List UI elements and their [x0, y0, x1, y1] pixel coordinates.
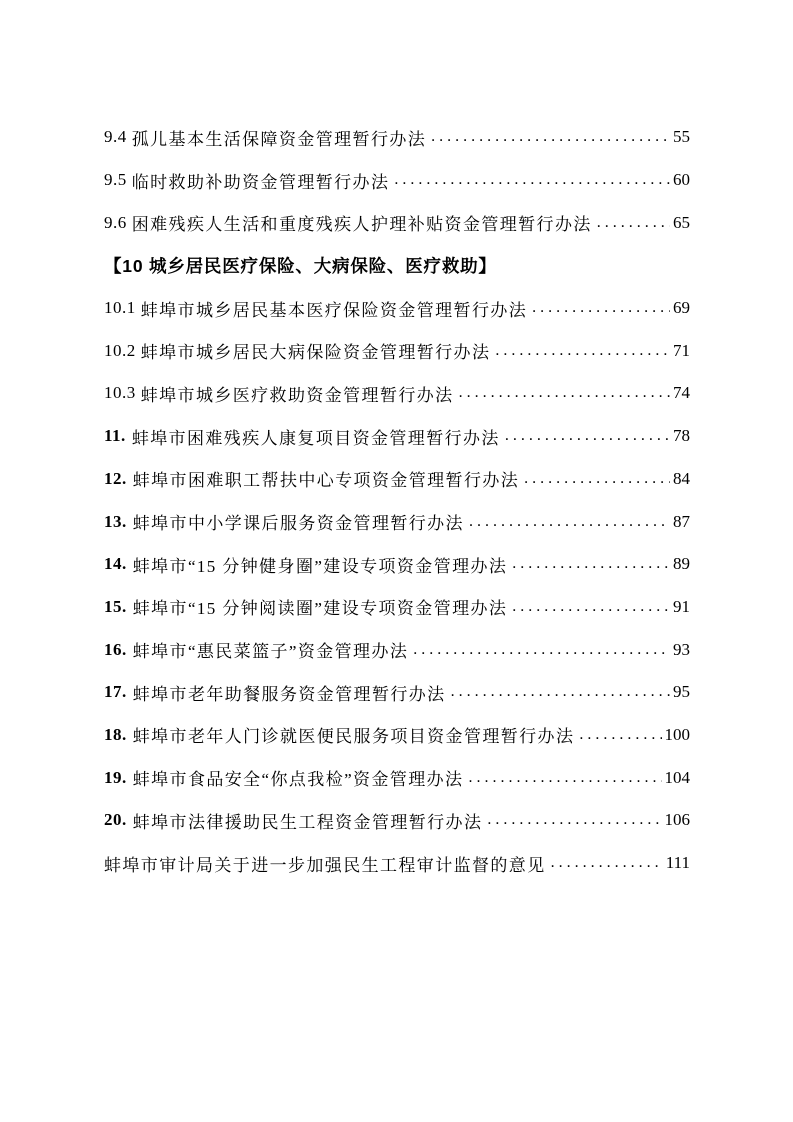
dot-leader: ........................................…	[413, 641, 670, 659]
toc-entry[interactable]: 20. 蚌埠市法律援助民生工程资金管理暂行办法 ................…	[104, 799, 690, 842]
toc-entry-number: 13.	[104, 512, 127, 532]
dot-leader: ........................................…	[495, 342, 670, 360]
toc-entry-number: 9.4	[104, 127, 127, 147]
dot-leader: ........................................…	[512, 555, 670, 573]
toc-section-heading: 【10 城乡居民医疗保险、大病保险、医疗救助】	[104, 244, 690, 287]
toc-entry-number: 17.	[104, 682, 127, 702]
toc-entry[interactable]: 10.3 蚌埠市城乡医疗救助资金管理暂行办法 .................…	[104, 372, 690, 415]
toc-entry-title: 蚌埠市困难残疾人康复项目资金管理暂行办法	[132, 424, 500, 449]
toc-entry-number: 19.	[104, 768, 127, 788]
toc-entry-title: 困难残疾人生活和重度残疾人护理补贴资金管理暂行办法	[132, 210, 592, 235]
toc-entry-page: 111	[666, 853, 690, 873]
toc-entry-page: 95	[673, 682, 690, 702]
dot-leader: ........................................…	[505, 427, 670, 445]
dot-leader: ........................................…	[512, 598, 670, 616]
toc-entry-page: 89	[673, 554, 690, 574]
toc-entry-number: 10.1	[104, 298, 136, 318]
toc-entry-page: 87	[673, 512, 690, 532]
toc-entry-page: 55	[673, 127, 690, 147]
toc-entry[interactable]: 13. 蚌埠市中小学课后服务资金管理暂行办法 .................…	[104, 500, 690, 543]
toc-entry-title: 孤儿基本生活保障资金管理暂行办法	[132, 125, 426, 150]
toc-entry-title: 蚌埠市老年助餐服务资金管理暂行办法	[133, 680, 446, 705]
toc-entry-title: 蚌埠市困难职工帮扶中心专项资金管理暂行办法	[133, 466, 519, 491]
dot-leader: ........................................…	[487, 811, 661, 829]
toc-entry-title: 蚌埠市老年人门诊就医便民服务项目资金管理暂行办法	[133, 722, 575, 747]
table-of-contents: 9.4 孤儿基本生活保障资金管理暂行办法 ...................…	[104, 116, 690, 884]
toc-entry-number: 18.	[104, 725, 127, 745]
dot-leader: ........................................…	[551, 854, 663, 872]
toc-entry-page: 74	[673, 383, 690, 403]
toc-entry-page: 91	[673, 597, 690, 617]
document-page: 9.4 孤儿基本生活保障资金管理暂行办法 ...................…	[0, 0, 793, 1122]
dot-leader: ........................................…	[431, 128, 670, 146]
dot-leader: ........................................…	[597, 214, 670, 232]
dot-leader: ........................................…	[579, 726, 661, 744]
dot-leader: ........................................…	[524, 470, 670, 488]
toc-entry-title: 蚌埠市城乡医疗救助资金管理暂行办法	[141, 381, 454, 406]
toc-entry[interactable]: 16. 蚌埠市“惠民菜篮子”资金管理办法 ...................…	[104, 628, 690, 671]
toc-entry-title: 蚌埠市审计局关于进一步加强民生工程审计监督的意见	[104, 851, 546, 876]
toc-entry-page: 71	[673, 341, 690, 361]
toc-entry[interactable]: 15. 蚌埠市“15 分钟阅读圈”建设专项资金管理办法 ............…	[104, 586, 690, 629]
dot-leader: ........................................…	[394, 171, 670, 189]
toc-entry-title: 临时救助补助资金管理暂行办法	[132, 168, 390, 193]
toc-entry-number: 14.	[104, 554, 127, 574]
toc-entry[interactable]: 9.4 孤儿基本生活保障资金管理暂行办法 ...................…	[104, 116, 690, 159]
dot-leader: ........................................…	[468, 769, 661, 787]
toc-entry-page: 60	[673, 170, 690, 190]
toc-entry[interactable]: 10.2 蚌埠市城乡居民大病保险资金管理暂行办法 ...............…	[104, 329, 690, 372]
toc-entry-title: 蚌埠市食品安全“你点我检”资金管理办法	[133, 765, 464, 790]
toc-entry-number: 11.	[104, 426, 126, 446]
toc-entry-title: 蚌埠市城乡居民基本医疗保险资金管理暂行办法	[141, 296, 527, 321]
toc-entry[interactable]: 11. 蚌埠市困难残疾人康复项目资金管理暂行办法 ...............…	[104, 415, 690, 458]
dot-leader: ........................................…	[451, 683, 670, 701]
dot-leader: ........................................…	[459, 384, 670, 402]
toc-entry-title: 蚌埠市法律援助民生工程资金管理暂行办法	[133, 808, 483, 833]
toc-entry-page: 69	[673, 298, 690, 318]
toc-entry-title: 蚌埠市城乡居民大病保险资金管理暂行办法	[141, 338, 491, 363]
toc-entry-number: 20.	[104, 810, 127, 830]
toc-entry[interactable]: 10.1 蚌埠市城乡居民基本医疗保险资金管理暂行办法 .............…	[104, 287, 690, 330]
toc-entry-number: 10.3	[104, 383, 136, 403]
toc-entry-title: 蚌埠市“15 分钟健身圈”建设专项资金管理办法	[133, 552, 508, 577]
toc-entry-number: 9.6	[104, 213, 127, 233]
dot-leader: ........................................…	[532, 299, 670, 317]
toc-entry[interactable]: 18. 蚌埠市老年人门诊就医便民服务项目资金管理暂行办法 ...........…	[104, 714, 690, 757]
toc-entry-title: 蚌埠市中小学课后服务资金管理暂行办法	[133, 509, 464, 534]
toc-entry-page: 100	[665, 725, 691, 745]
toc-entry-page: 78	[673, 426, 690, 446]
toc-entry[interactable]: 14. 蚌埠市“15 分钟健身圈”建设专项资金管理办法 ............…	[104, 543, 690, 586]
toc-entry-number: 9.5	[104, 170, 127, 190]
toc-entry-title: 蚌埠市“惠民菜篮子”资金管理办法	[133, 637, 409, 662]
toc-entry-number: 16.	[104, 640, 127, 660]
toc-entry-number: 12.	[104, 469, 127, 489]
toc-entry-page: 104	[665, 768, 691, 788]
toc-entry-page: 84	[673, 469, 690, 489]
toc-entry[interactable]: 19. 蚌埠市食品安全“你点我检”资金管理办法 ................…	[104, 756, 690, 799]
toc-entry-number: 15.	[104, 597, 127, 617]
toc-section-heading-text: 【10 城乡居民医疗保险、大病保险、医疗救助】	[104, 253, 497, 278]
toc-entry-page: 93	[673, 640, 690, 660]
toc-entry[interactable]: 12. 蚌埠市困难职工帮扶中心专项资金管理暂行办法 ..............…	[104, 458, 690, 501]
toc-entry-page: 106	[665, 810, 691, 830]
toc-entry[interactable]: 蚌埠市审计局关于进一步加强民生工程审计监督的意见 ...............…	[104, 842, 690, 885]
toc-entry[interactable]: 9.6 困难残疾人生活和重度残疾人护理补贴资金管理暂行办法 ..........…	[104, 201, 690, 244]
toc-entry-number: 10.2	[104, 341, 136, 361]
dot-leader: ........................................…	[469, 513, 670, 531]
toc-entry-page: 65	[673, 213, 690, 233]
toc-entry[interactable]: 9.5 临时救助补助资金管理暂行办法 .....................…	[104, 159, 690, 202]
toc-entry[interactable]: 17. 蚌埠市老年助餐服务资金管理暂行办法 ..................…	[104, 671, 690, 714]
toc-entry-title: 蚌埠市“15 分钟阅读圈”建设专项资金管理办法	[133, 594, 508, 619]
